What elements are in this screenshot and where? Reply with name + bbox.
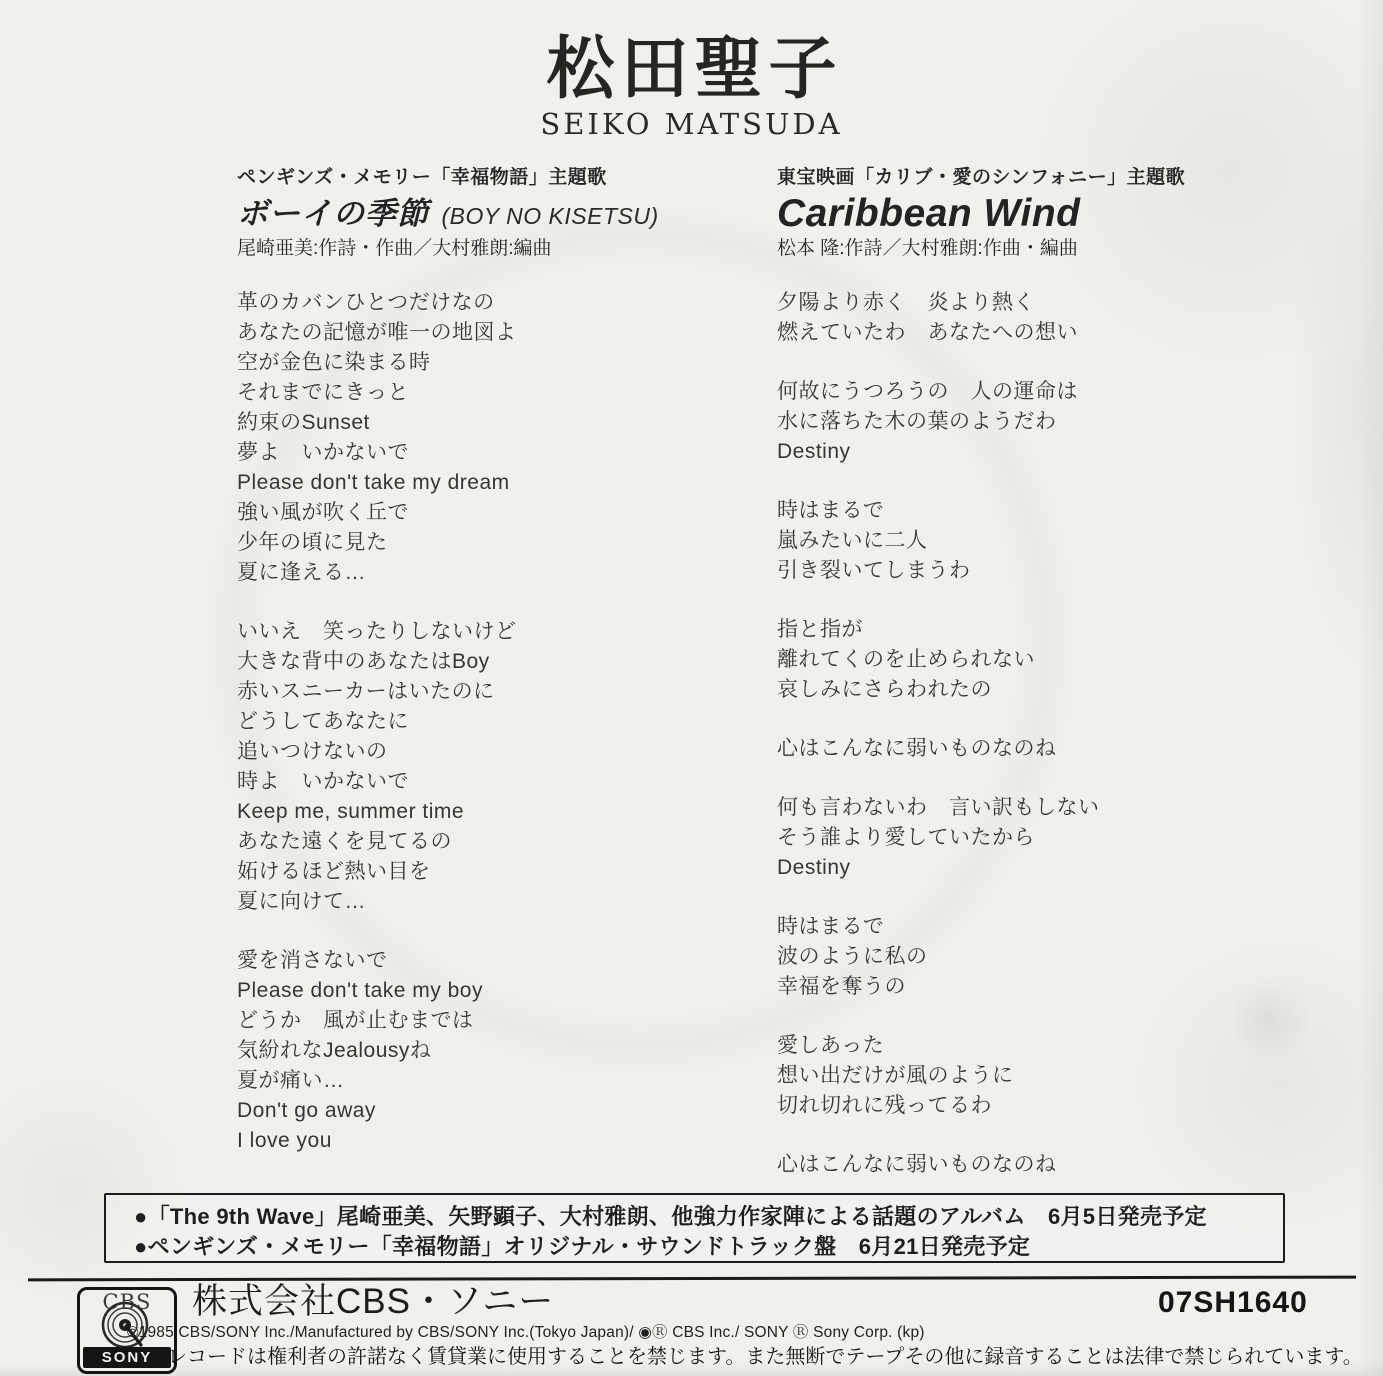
lyrics-stanza: 夕陽より赤く 炎より熱く燃えていたわ あなたへの想い — [777, 288, 1357, 348]
lyric-line: あなたの記憶が唯一の地図よ — [237, 318, 767, 348]
lyric-line: Don't go away — [237, 1096, 767, 1126]
lyric-line: 夏に向けて… — [237, 887, 767, 917]
lyrics-stanza: 時はまるで波のように私の幸福を奪うの — [777, 912, 1357, 1002]
lyric-line: 革のカバンひとつだけなの — [237, 288, 767, 318]
song-title-japanese: ボーイの季節 — [237, 196, 429, 231]
lyric-line: 引き裂いてしまうわ — [777, 556, 1357, 586]
artist-header: 松田聖子 SEIKO MATSUDA — [0, 30, 1383, 140]
lyric-line: Destiny — [777, 437, 1357, 467]
record-sleeve-back: 松田聖子 SEIKO MATSUDA ペンギンズ・メモリー「幸福物語」主題歌 ボ… — [0, 0, 1383, 1376]
tie-in-note: 東宝映画「カリブ・愛のシンフォニー」主題歌 — [777, 166, 1357, 190]
lyric-line: Destiny — [777, 853, 1357, 883]
lyric-line: 少年の頃に見た — [237, 528, 767, 558]
lyric-line: 幸福を奪うの — [777, 972, 1357, 1002]
lyric-line: 何故にうつろうの 人の運命は — [777, 377, 1357, 407]
lyric-line: 嵐みたいに二人 — [777, 526, 1357, 556]
announcement-item: ●ペンギンズ・メモリー「幸福物語」オリジナル・サウンドトラック盤 6月21日発売… — [134, 1232, 1283, 1262]
song-title-english: Caribbean Wind — [777, 192, 1081, 235]
song-title-romanized: (BOY NO KISETSU) — [441, 203, 658, 229]
lyrics-stanza: 愛しあった想い出だけが風のように切れ切れに残ってるわ — [777, 1031, 1357, 1121]
lyric-line: 大きな背中のあなたはBoy — [237, 647, 767, 677]
lyric-line: I love you — [237, 1126, 767, 1156]
lyric-line: 時よ いかないで — [237, 767, 767, 797]
lyrics-caribbean-wind: 夕陽より赤く 炎より熱く燃えていたわ あなたへの想い何故にうつろうの 人の運命は… — [777, 288, 1357, 1180]
lyric-line: 水に落ちた木の葉のようだわ — [777, 407, 1357, 437]
song-section-caribbean-wind: 東宝映画「カリブ・愛のシンフォニー」主題歌 Caribbean Wind 松本 … — [777, 166, 1357, 1209]
company-name: 株式会社CBS・ソニー — [192, 1282, 554, 1322]
lyric-line: 夏に逢える… — [237, 558, 767, 588]
lyric-line: それまでにきっと — [237, 378, 767, 408]
lyrics-stanza: 革のカバンひとつだけなのあなたの記憶が唯一の地図よ空が金色に染まる時それまでにき… — [237, 288, 767, 588]
lyric-line: 哀しみにさらわれたの — [777, 675, 1357, 705]
footer-divider-line — [28, 1276, 1356, 1282]
song-credits: 松本 隆:作詩／大村雅朗:作曲・編曲 — [777, 236, 1357, 262]
rental-prohibition-notice: このレコードは権利者の許諾なく賃貸業に使用することを禁じます。また無断でテープそ… — [127, 1344, 1363, 1371]
lyrics-stanza: 心はこんなに弱いものなのね — [777, 734, 1357, 764]
lyric-line: 追いつけないの — [237, 737, 767, 767]
song-title: ボーイの季節 (BOY NO KISETSU) — [237, 192, 767, 236]
lyric-line: 妬けるほど熱い目を — [237, 857, 767, 887]
lyric-line: 指と指が — [777, 615, 1357, 645]
lyric-line: 夕陽より赤く 炎より熱く — [777, 288, 1357, 318]
lyric-line: 気紛れなJealousyね — [237, 1036, 767, 1066]
lyrics-stanza: 心はこんなに弱いものなのね — [777, 1150, 1357, 1180]
lyric-line: 愛しあった — [777, 1031, 1357, 1061]
artist-name-romanized: SEIKO MATSUDA — [0, 108, 1383, 140]
lyric-line: 夢よ いかないで — [237, 438, 767, 468]
lyric-line: 時はまるで — [777, 496, 1357, 526]
lyric-line: 波のように私の — [777, 942, 1357, 972]
lyric-line: そう誰より愛していたから — [777, 823, 1357, 853]
lyric-line: どうか 風が止むまでは — [237, 1006, 767, 1036]
lyrics-stanza: 指と指が離れてくのを止められない哀しみにさらわれたの — [777, 615, 1357, 705]
lyric-line: 赤いスニーカーはいたのに — [237, 677, 767, 707]
artist-name-japanese: 松田聖子 — [0, 30, 1383, 108]
lyric-line: Please don't take my dream — [237, 468, 767, 498]
release-announcements-box: ●「The 9th Wave」尾崎亜美、矢野顕子、大村雅朗、他強力作家陣による話… — [104, 1193, 1285, 1263]
lyric-line: Keep me, summer time — [237, 797, 767, 827]
lyric-line: Please don't take my boy — [237, 976, 767, 1006]
catalog-number: 07SH1640 — [1158, 1286, 1308, 1320]
lyric-line: 燃えていたわ あなたへの想い — [777, 318, 1357, 348]
lyric-line: 時はまるで — [777, 912, 1357, 942]
lyric-line: いいえ 笑ったりしないけど — [237, 617, 767, 647]
song-credits: 尾崎亜美:作詩・作曲／大村雅朗:編曲 — [237, 236, 767, 262]
lyric-line: 何も言わないわ 言い訳もしない — [777, 793, 1357, 823]
lyric-line: 切れ切れに残ってるわ — [777, 1091, 1357, 1121]
scan-edge-shadow — [1357, 0, 1383, 1376]
lyric-line: 心はこんなに弱いものなのね — [777, 1150, 1357, 1180]
lyrics-stanza: 何故にうつろうの 人の運命は水に落ちた木の葉のようだわDestiny — [777, 377, 1357, 467]
lyric-line: どうしてあなたに — [237, 707, 767, 737]
lyric-line: 強い風が吹く丘で — [237, 498, 767, 528]
lyric-line: あなた遠くを見てるの — [237, 827, 767, 857]
announcement-item: ●「The 9th Wave」尾崎亜美、矢野顕子、大村雅朗、他強力作家陣による話… — [134, 1202, 1283, 1232]
tie-in-note: ペンギンズ・メモリー「幸福物語」主題歌 — [237, 166, 767, 190]
lyrics-stanza: 時はまるで嵐みたいに二人引き裂いてしまうわ — [777, 496, 1357, 586]
lyric-line: 夏が痛い… — [237, 1066, 767, 1096]
lyric-line: 想い出だけが風のように — [777, 1061, 1357, 1091]
lyric-line: 離れてくのを止められない — [777, 645, 1357, 675]
song-section-boy-no-kisetsu: ペンギンズ・メモリー「幸福物語」主題歌 ボーイの季節 (BOY NO KISET… — [237, 166, 767, 1185]
lyrics-stanza: いいえ 笑ったりしないけど大きな背中のあなたはBoy赤いスニーカーはいたのにどう… — [237, 617, 767, 917]
lyric-line: 愛を消さないで — [237, 946, 767, 976]
copyright-line: ℗1985 CBS/SONY Inc./Manufactured by CBS/… — [127, 1323, 925, 1343]
song-title: Caribbean Wind — [777, 192, 1357, 236]
lyric-line: 約束のSunset — [237, 408, 767, 438]
lyric-line: 心はこんなに弱いものなのね — [777, 734, 1357, 764]
lyrics-boy-no-kisetsu: 革のカバンひとつだけなのあなたの記憶が唯一の地図よ空が金色に染まる時それまでにき… — [237, 288, 767, 1156]
lyric-line: 空が金色に染まる時 — [237, 348, 767, 378]
lyrics-stanza: 愛を消さないでPlease don't take my boyどうか 風が止むま… — [237, 946, 767, 1156]
lyrics-stanza: 何も言わないわ 言い訳もしないそう誰より愛していたからDestiny — [777, 793, 1357, 883]
